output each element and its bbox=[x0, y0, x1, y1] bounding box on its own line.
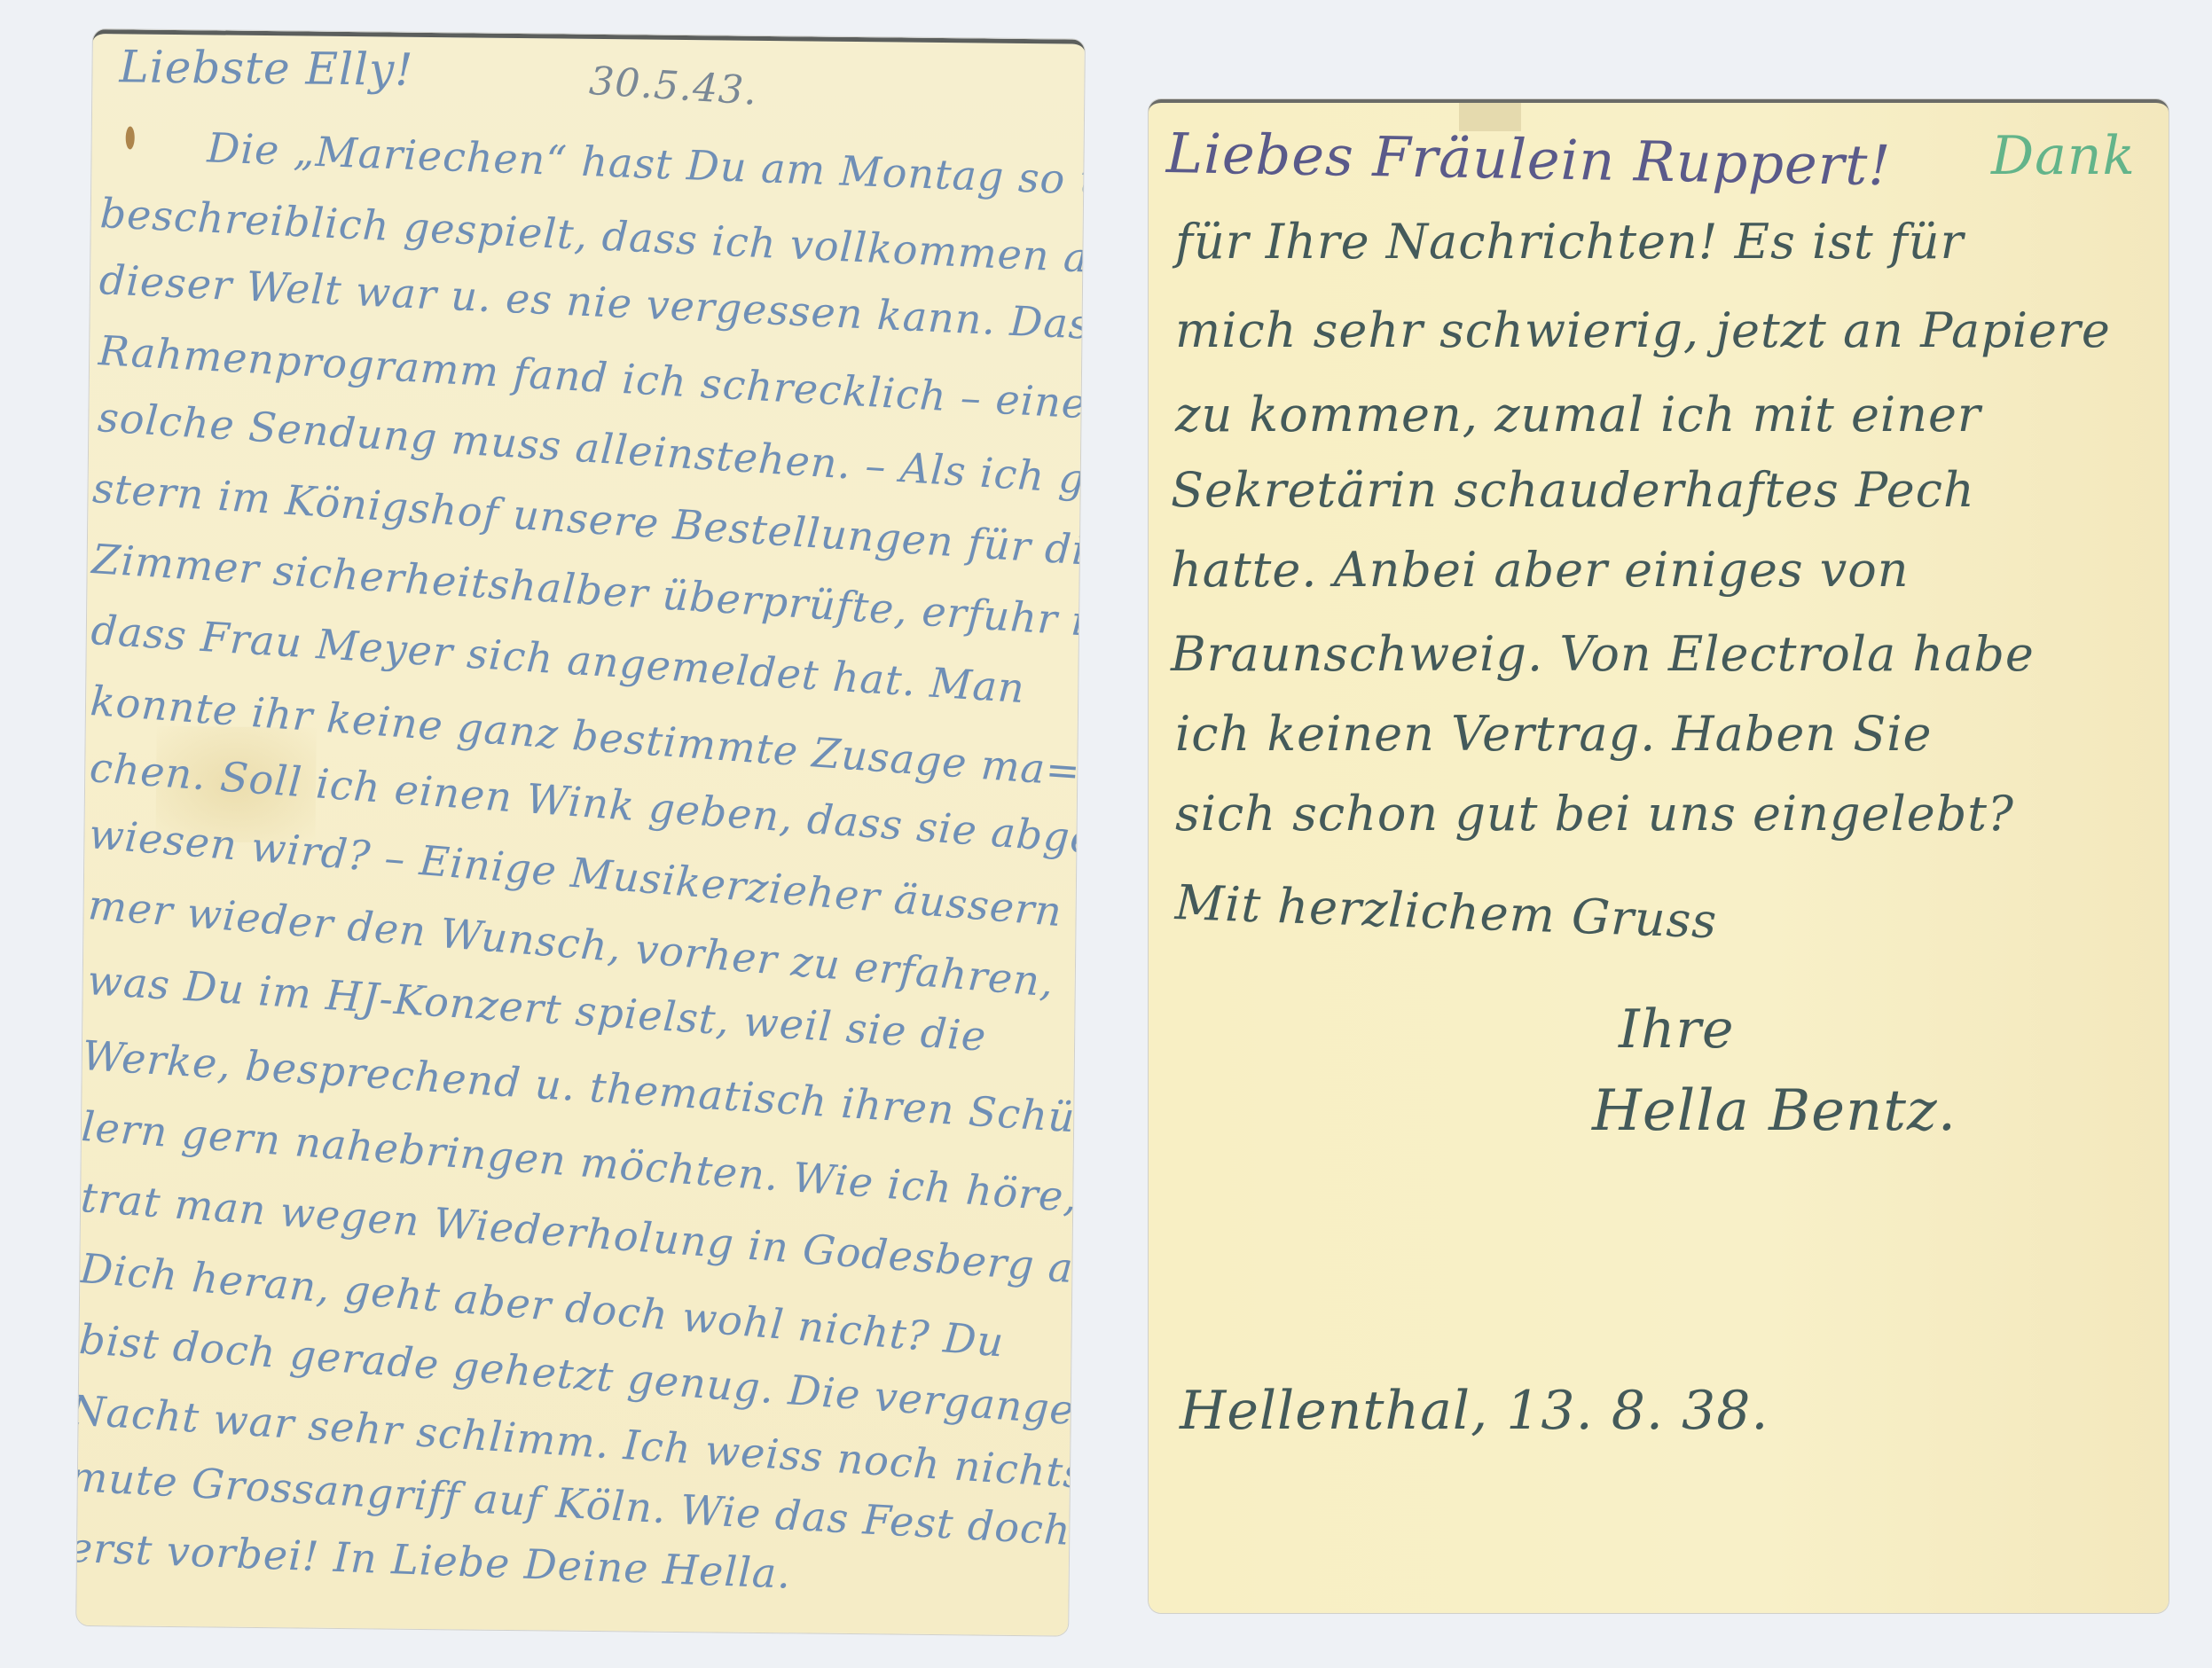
left-date: 30.5.43. bbox=[588, 59, 759, 114]
right-signature: Hella Bentz. bbox=[1592, 1078, 1957, 1144]
left-salutation: Liebste Elly! bbox=[119, 41, 413, 95]
right-line-4: Sekretärin schauderhaftes Pech bbox=[1171, 462, 1975, 518]
right-place-date: Hellenthal, 13. 8. 38. bbox=[1180, 1380, 1769, 1442]
postcard-left: Liebste Elly! 30.5.43. Die „Mariechen“ h… bbox=[76, 29, 1085, 1636]
postcard-right: Liebes Fräulein Ruppert! Dank für Ihre N… bbox=[1149, 99, 2169, 1613]
right-line-2: mich sehr schwierig, jetzt an Papiere bbox=[1175, 302, 2111, 358]
left-line-1: Die „Mariechen“ hast Du am Montag so un= bbox=[207, 123, 1085, 207]
right-salutation: Liebes Fräulein Ruppert! bbox=[1165, 121, 1891, 198]
right-line-7: ich keinen Vertrag. Haben Sie bbox=[1175, 706, 1932, 762]
rust-stain bbox=[126, 126, 135, 149]
right-line-6: Braunschweig. Von Electrola habe bbox=[1171, 626, 2035, 682]
right-line-3: zu kommen, zumal ich mit einer bbox=[1175, 387, 1981, 442]
right-annotation: Dank bbox=[1991, 125, 2136, 187]
right-line-8: sich schon gut bei uns eingelebt? bbox=[1175, 786, 2014, 842]
right-line-9: Mit herzlichem Gruss bbox=[1174, 874, 1718, 949]
right-line-1: für Ihre Nachrichten! Es ist für bbox=[1175, 214, 1964, 270]
right-signoff: Ihre bbox=[1619, 998, 1735, 1061]
right-line-5: hatte. Anbei aber einiges von bbox=[1171, 542, 1910, 598]
left-line-21: erst vorbei! In Liebe Deine Hella. bbox=[76, 1523, 792, 1598]
